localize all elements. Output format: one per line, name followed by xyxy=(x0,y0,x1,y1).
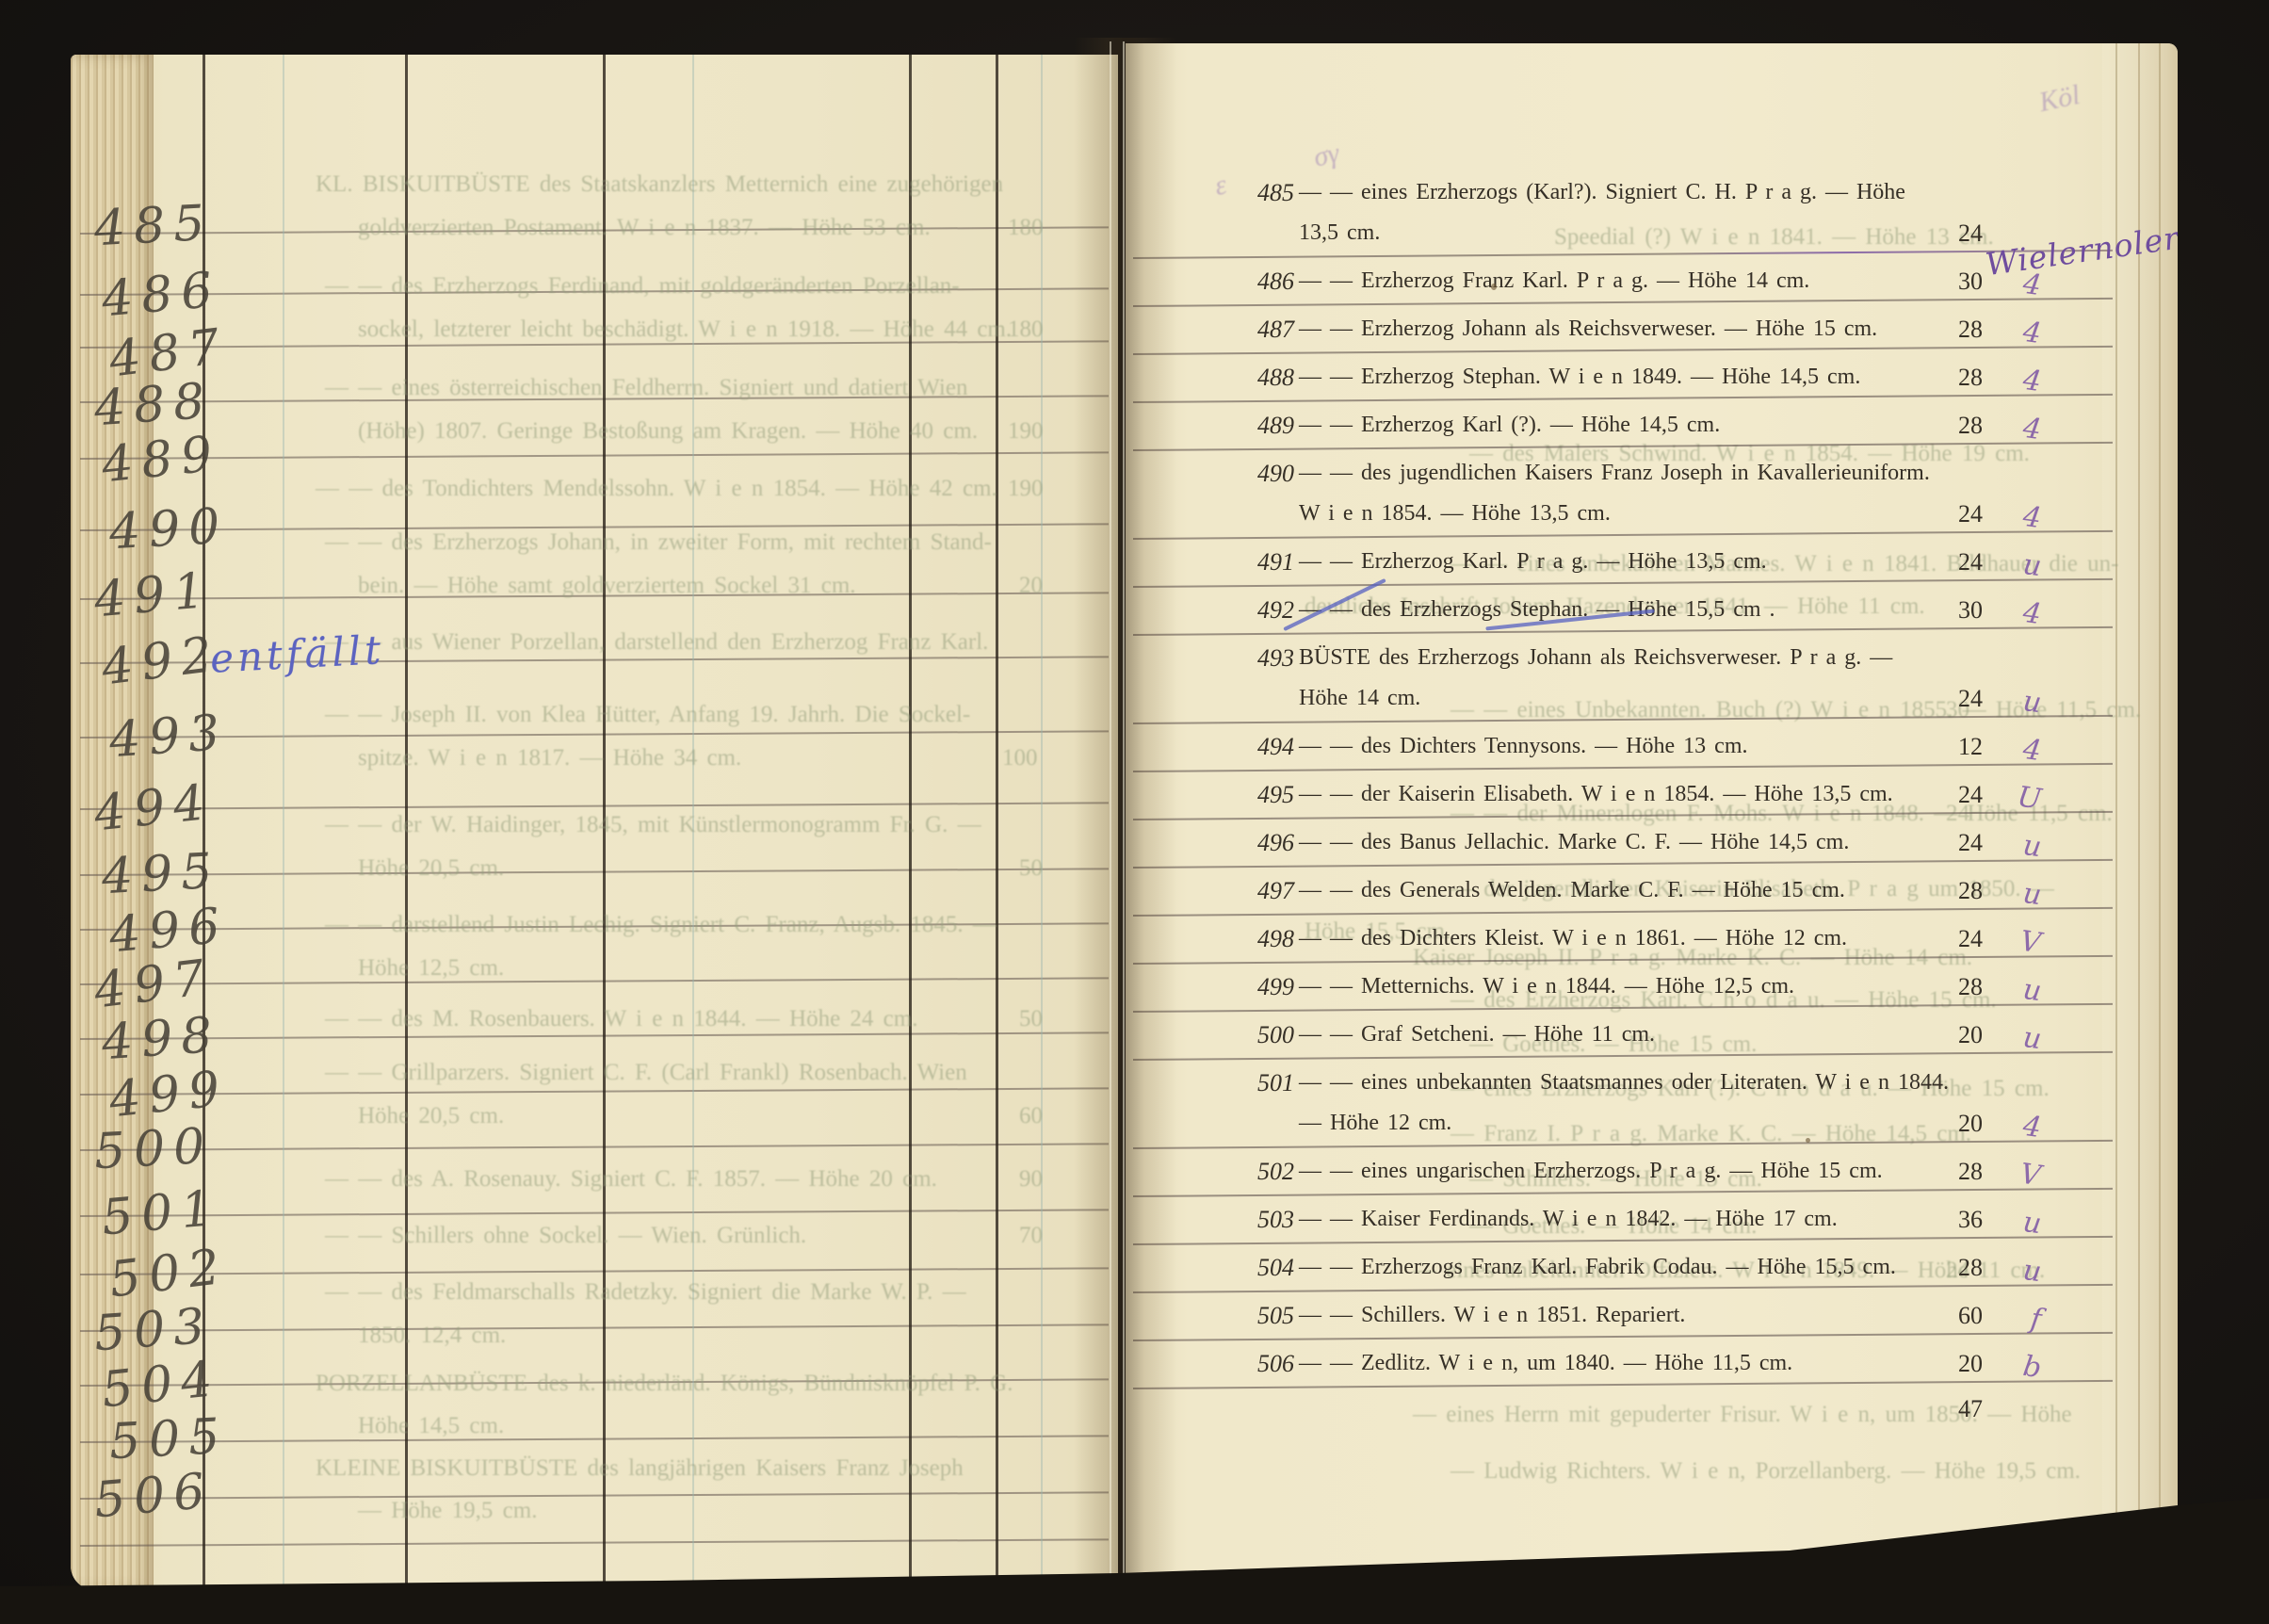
ghost-print-text: 1850. 12,4 cm. xyxy=(358,1323,506,1349)
entry-price: 30 xyxy=(1930,261,1983,301)
entry-text-line: — — eines ungarischen Erzherzogs. P r a … xyxy=(1299,1151,1930,1192)
handwritten-number: 495 xyxy=(101,843,222,906)
entry-text: — — eines unbekannten Staatsmannes oder … xyxy=(1299,1063,1930,1144)
fore-edge-line xyxy=(2159,43,2161,1573)
entry-text: — — Erzherzog Karl (?). — Höhe 14,5 cm. xyxy=(1299,405,1930,446)
handwritten-number: 491 xyxy=(92,562,216,629)
ghost-print-text: 190 xyxy=(1008,418,1044,445)
ghost-print-text: — — Grillparzers. Signiert C. F. (Carl F… xyxy=(325,1060,967,1086)
ghost-print-text: 100 xyxy=(1002,745,1038,771)
entry-text-line: — — des Dichters Tennysons. — Höhe 13 cm… xyxy=(1299,726,1930,767)
ghost-ink-mark: ε xyxy=(1212,169,1230,203)
entry-price: 36 xyxy=(1930,1199,1983,1240)
entry-text-line: — Höhe 12 cm. xyxy=(1299,1103,1930,1144)
entry-text: — — Zedlitz. W i e n, um 1840. — Höhe 11… xyxy=(1299,1343,1930,1384)
entry-number: 488 xyxy=(1257,357,1299,398)
ruled-line xyxy=(80,1087,1109,1096)
entry-price: 24 xyxy=(1930,822,1983,863)
entry-price: 60 xyxy=(1930,1295,1983,1336)
catalog-entry: 492— — des Erzherzogs Stephan. — Höhe 15… xyxy=(1257,590,1983,630)
entry-number: 506 xyxy=(1257,1343,1299,1384)
ruled-line xyxy=(80,730,1109,739)
catalog-entry: 502— — eines ungarischen Erzherzogs. P r… xyxy=(1257,1151,1983,1192)
entry-text: — — Erzherzog Franz Karl. P r a g. — Höh… xyxy=(1299,261,1930,301)
ghost-ink-mark: Köl xyxy=(2036,79,2083,119)
entry-text: — — Kaiser Ferdinands. W i e n 1842. — H… xyxy=(1299,1199,1930,1240)
entry-number: 494 xyxy=(1257,726,1299,767)
entry-text-line: — — Erzherzog Johann als Reichsverweser.… xyxy=(1299,309,1930,349)
ghost-print-text: — — aus Wiener Porzellan, darstellend de… xyxy=(325,629,988,656)
entry-text: — — Erzherzog Stephan. W i e n 1849. — H… xyxy=(1299,357,1930,398)
catalog-entry: 503— — Kaiser Ferdinands. W i e n 1842. … xyxy=(1257,1199,1983,1240)
ghost-print-text: 180 xyxy=(1008,317,1044,343)
entry-price: 28 xyxy=(1930,1247,1983,1288)
catalog-entry: 493BÜSTE des Erzherzogs Johann als Reich… xyxy=(1257,638,1983,719)
ghost-print-text: 190 xyxy=(1008,476,1044,502)
entry-price: 24 xyxy=(1930,774,1983,815)
paper-speck xyxy=(1491,284,1497,290)
catalog-entries: 485— — eines Erzherzogs (Karl?). Signier… xyxy=(1257,172,1983,1391)
catalog-entry: 505— — Schillers. W i e n 1851. Reparier… xyxy=(1257,1295,1983,1336)
ghost-print-text: (Höhe) 1807. Geringe Bestoßung am Kragen… xyxy=(358,418,978,445)
ruled-line xyxy=(80,1324,1109,1332)
catalog-entry: 499— — Metternichs. W i e n 1844. — Höhe… xyxy=(1257,966,1983,1007)
catalog-entry: 495— — der Kaiserin Elisabeth. W i e n 1… xyxy=(1257,774,1983,815)
catalog-entry: 486— — Erzherzog Franz Karl. P r a g. — … xyxy=(1257,261,1983,301)
ghost-print-text: — — des Erzherzogs Ferdinand, mit goldge… xyxy=(325,273,960,300)
fore-edge-line xyxy=(2115,43,2117,1573)
ghost-print-text: Höhe 20,5 cm. xyxy=(358,1103,504,1129)
catalog-entry: 506— — Zedlitz. W i e n, um 1840. — Höhe… xyxy=(1257,1343,1983,1384)
entry-price: 24 xyxy=(1930,494,1983,534)
ghost-print-text: — — eines österreichischen Feldherrn. Si… xyxy=(325,375,967,401)
ghost-print-text: 20 xyxy=(1019,573,1043,599)
ruled-line xyxy=(80,802,1109,810)
ghost-print-text: 70 xyxy=(1019,1223,1043,1249)
entry-number: 497 xyxy=(1257,870,1299,911)
right-page: 485— — eines Erzherzogs (Karl?). Signier… xyxy=(1126,43,2178,1573)
entry-price: 28 xyxy=(1930,1151,1983,1192)
entry-text: — — des Dichters Kleist. W i e n 1861. —… xyxy=(1299,918,1930,959)
leaf-edge-line xyxy=(1110,41,1111,1577)
entry-number: 495 xyxy=(1257,774,1299,815)
ghost-print-text: 60 xyxy=(1019,1103,1043,1129)
ruled-line xyxy=(80,1491,1109,1500)
entry-number: 502 xyxy=(1257,1151,1299,1192)
ghost-print-text: KLEINE BISKUITBÜSTE des langjährigen Kai… xyxy=(316,1455,964,1482)
scanned-ledger-spread: entfällt KL. BISKUITBÜSTE des Staatskanz… xyxy=(0,0,2269,1624)
entry-price: 12 xyxy=(1930,726,1983,767)
entry-number: 487 xyxy=(1257,309,1299,349)
entry-text-line: — — eines unbekannten Staatsmannes oder … xyxy=(1299,1063,1930,1103)
ghost-print-text: 50 xyxy=(1019,855,1043,882)
entry-text-line: — — des Banus Jellachic. Marke C. F. — H… xyxy=(1299,822,1930,863)
entry-text: — — Erzherzog Johann als Reichsverweser.… xyxy=(1299,309,1930,349)
catalog-entry: 494— — des Dichters Tennysons. — Höhe 13… xyxy=(1257,726,1983,767)
ghost-print-text: bein. — Höhe samt goldverziertem Sockel … xyxy=(358,573,856,599)
entry-text-line: — — des Generals Welden. Marke C. F. — H… xyxy=(1299,870,1930,911)
catalog-entry: 491— — Erzherzog Karl. P r a g. — Höhe 1… xyxy=(1257,542,1983,582)
entry-text-line: — — der Kaiserin Elisabeth. W i e n 1854… xyxy=(1299,774,1930,815)
entry-number: 496 xyxy=(1257,822,1299,863)
entry-text: — — Schillers. W i e n 1851. Repariert. xyxy=(1299,1295,1930,1336)
entry-price: 28 xyxy=(1930,309,1983,349)
ghost-print-text: 50 xyxy=(1019,1006,1043,1032)
catalog-entry: 496— — des Banus Jellachic. Marke C. F. … xyxy=(1257,822,1983,863)
ruled-line xyxy=(80,868,1109,876)
ghost-print-text: KL. BISKUITBÜSTE des Staatskanzlers Mett… xyxy=(316,171,1003,198)
entry-text-line: — — Kaiser Ferdinands. W i e n 1842. — H… xyxy=(1299,1199,1930,1240)
entry-text-line: — — des Erzherzogs Stephan. — Höhe 15,5 … xyxy=(1299,590,1930,630)
entry-number: 485 xyxy=(1257,172,1299,253)
handwritten-number: 505 xyxy=(108,1408,230,1471)
handwritten-number: 486 xyxy=(100,262,223,329)
ghost-print-text: — — Schillers ohne Sockel. — Wien. Grünl… xyxy=(325,1223,806,1249)
handwritten-annotation-entfaellt: entfällt xyxy=(209,626,385,682)
handwritten-number: 500 xyxy=(93,1118,215,1181)
column-rule xyxy=(283,55,284,1590)
catalog-entry: 488— — Erzherzog Stephan. W i e n 1849. … xyxy=(1257,357,1983,398)
ghost-print-text: — — darstellend Justin Lechig. Signiert … xyxy=(325,912,997,938)
entry-number: 500 xyxy=(1257,1015,1299,1055)
leaf-edge-line xyxy=(1123,41,1125,1577)
entry-text-line: — — Metternichs. W i e n 1844. — Höhe 12… xyxy=(1299,966,1930,1007)
paper-speck xyxy=(1806,1138,1810,1143)
entry-text: — — des jugendlichen Kaisers Franz Josep… xyxy=(1299,453,1930,534)
check-mark: f xyxy=(2029,1302,2044,1336)
catalog-entry: 498— — des Dichters Kleist. W i e n 1861… xyxy=(1257,918,1983,959)
entry-price: 20 xyxy=(1930,1103,1983,1144)
entry-number: 490 xyxy=(1257,453,1299,534)
entry-price: 24 xyxy=(1930,678,1983,719)
entry-number: 505 xyxy=(1257,1295,1299,1336)
ruled-line xyxy=(80,451,1109,460)
ruled-line xyxy=(80,1435,1109,1443)
entry-price: 28 xyxy=(1930,966,1983,1007)
handwritten-number: 493 xyxy=(107,705,230,770)
handwritten-number: 494 xyxy=(91,774,216,843)
entry-text: — — des Banus Jellachic. Marke C. F. — H… xyxy=(1299,822,1930,863)
entry-text-line: 13,5 cm. xyxy=(1299,213,1930,253)
entry-text: BÜSTE des Erzherzogs Johann als Reichsve… xyxy=(1299,638,1930,719)
check-mark: U xyxy=(2015,780,2043,816)
entry-number: 486 xyxy=(1257,261,1299,301)
entry-text-line: W i e n 1854. — Höhe 13,5 cm. xyxy=(1299,494,1930,534)
entry-text-line: — — Zedlitz. W i e n, um 1840. — Höhe 11… xyxy=(1299,1343,1930,1384)
column-rule xyxy=(996,55,998,1590)
entry-text-line: BÜSTE des Erzherzogs Johann als Reichsve… xyxy=(1299,638,1930,678)
entry-text-line: — — des Dichters Kleist. W i e n 1861. —… xyxy=(1299,918,1930,959)
entry-number: 491 xyxy=(1257,542,1299,582)
ghost-print-text: — — des Tondichters Mendelssohn. W i e n… xyxy=(316,476,997,502)
handwritten-number: 506 xyxy=(92,1463,216,1530)
column-rule xyxy=(1041,55,1043,1590)
entry-text-line: — — Erzherzog Karl (?). — Höhe 14,5 cm. xyxy=(1299,405,1930,446)
entry-price: 28 xyxy=(1930,870,1983,911)
entry-price: 24 xyxy=(1930,918,1983,959)
entry-text-line: — — Erzherzog Karl. P r a g. — Höhe 13,5… xyxy=(1299,542,1930,582)
ruled-line xyxy=(80,1538,1109,1547)
fore-edge-line xyxy=(2138,43,2140,1573)
entry-text: — — Erzherzogs Franz Karl. Fabrik Codau.… xyxy=(1299,1247,1930,1288)
catalog-entry: 500— — Graf Setcheni. — Höhe 11 cm.20u xyxy=(1257,1015,1983,1055)
ghost-print-text: 180 xyxy=(1008,215,1044,241)
handwritten-number: 499 xyxy=(106,1061,231,1129)
entry-text-line: — — eines Erzherzogs (Karl?). Signiert C… xyxy=(1299,172,1930,213)
entry-number: 498 xyxy=(1257,918,1299,959)
ghost-print-text: Höhe 20,5 cm. xyxy=(358,855,504,882)
ruled-line xyxy=(80,1267,1109,1275)
ghost-print-text: spitze. W i e n 1817. — Höhe 34 cm. xyxy=(358,745,741,771)
catalog-entry: 490— — des jugendlichen Kaisers Franz Jo… xyxy=(1257,453,1983,534)
entry-number: 503 xyxy=(1257,1199,1299,1240)
ghost-print-text: sockel, letzterer leicht beschädigt. W i… xyxy=(358,317,1012,343)
ruled-line xyxy=(80,977,1109,985)
handwritten-number: 485 xyxy=(93,195,215,258)
entry-text: — — Erzherzog Karl. P r a g. — Höhe 13,5… xyxy=(1299,542,1930,582)
entry-text-line: — — Graf Setcheni. — Höhe 11 cm. xyxy=(1299,1015,1930,1055)
entry-text: — — Metternichs. W i e n 1844. — Höhe 12… xyxy=(1299,966,1930,1007)
ruled-line xyxy=(80,1031,1109,1040)
entry-price: 28 xyxy=(1930,405,1983,446)
entry-price: 20 xyxy=(1930,1015,1983,1055)
ghost-print-text: — — des A. Rosenauy. Signiert C. F. 1857… xyxy=(325,1166,937,1193)
entry-text-line: — — Erzherzogs Franz Karl. Fabrik Codau.… xyxy=(1299,1247,1930,1288)
entry-text-line: — — Erzherzog Stephan. W i e n 1849. — H… xyxy=(1299,357,1930,398)
entry-text: — — eines ungarischen Erzherzogs. P r a … xyxy=(1299,1151,1930,1192)
entry-text: — — des Erzherzogs Stephan. — Höhe 15,5 … xyxy=(1299,590,1930,630)
entry-number: 489 xyxy=(1257,405,1299,446)
ghost-print-text: PORZELLANBÜSTE des k. niederländ. Königs… xyxy=(316,1371,1013,1397)
ghost-print-text: — — Joseph II. von Klea Hütter, Anfang 1… xyxy=(325,702,970,728)
catalog-entry: 485— — eines Erzherzogs (Karl?). Signier… xyxy=(1257,172,1983,253)
ghost-print-text: — — des Feldmarschalls Radetzky. Signier… xyxy=(325,1279,966,1306)
entry-text: — — Graf Setcheni. — Höhe 11 cm. xyxy=(1299,1015,1930,1055)
ghost-ink-mark: σγ xyxy=(1311,138,1342,174)
entry-text: — — der Kaiserin Elisabeth. W i e n 1854… xyxy=(1299,774,1930,815)
catalog-entry: 504— — Erzherzogs Franz Karl. Fabrik Cod… xyxy=(1257,1247,1983,1288)
ghost-print-text: — — des M. Rosenbauers. W i e n 1844. — … xyxy=(325,1006,917,1032)
entry-number: 493 xyxy=(1257,638,1299,719)
entry-text-line: — — Schillers. W i e n 1851. Repariert. xyxy=(1299,1295,1930,1336)
ghost-print-text: Höhe 14,5 cm. xyxy=(358,1413,504,1439)
entry-number: 504 xyxy=(1257,1247,1299,1288)
entry-number: 501 xyxy=(1257,1063,1299,1144)
ruled-line xyxy=(80,1209,1109,1217)
ghost-print-text: — — der W. Haidinger, 1845, mit Künstler… xyxy=(325,812,981,838)
catalog-entry: 489— — Erzherzog Karl (?). — Höhe 14,5 c… xyxy=(1257,405,1983,446)
catalog-entry: 497— — des Generals Welden. Marke C. F. … xyxy=(1257,870,1983,911)
entry-text: — — des Generals Welden. Marke C. F. — H… xyxy=(1299,870,1930,911)
entry-text: — — des Dichters Tennysons. — Höhe 13 cm… xyxy=(1299,726,1930,767)
entry-price: 24 xyxy=(1930,542,1983,582)
fore-edge xyxy=(2102,43,2178,1573)
entry-text-line: — — des jugendlichen Kaisers Franz Josep… xyxy=(1299,453,1930,494)
ghost-print-text: — Ludwig Richters. W i e n, Porzellanber… xyxy=(1451,1458,2081,1485)
ghost-print-text: goldverzierten Postament. W i e n 1837. … xyxy=(358,215,931,241)
ruled-line xyxy=(80,1143,1109,1151)
entry-text: — — eines Erzherzogs (Karl?). Signiert C… xyxy=(1299,172,1930,253)
handwritten-number: 490 xyxy=(108,498,230,561)
handwritten-number: 501 xyxy=(100,1180,223,1247)
entry-price: 24 xyxy=(1930,213,1983,253)
catalog-entry: 501— — eines unbekannten Staatsmannes od… xyxy=(1257,1063,1983,1144)
entry-price: 20 xyxy=(1930,1343,1983,1384)
left-page: entfällt KL. BISKUITBÜSTE des Staatskanz… xyxy=(71,55,1118,1590)
catalog-entry: 487— — Erzherzog Johann als Reichsverwes… xyxy=(1257,309,1983,349)
ghost-print-text: — — des Erzherzogs Johann, in zweiter Fo… xyxy=(325,529,992,556)
entry-text-line: — — Erzherzog Franz Karl. P r a g. — Höh… xyxy=(1299,261,1930,301)
entry-price: 30 xyxy=(1930,590,1983,630)
entry-number: 499 xyxy=(1257,966,1299,1007)
page-number: 47 xyxy=(1257,1395,1983,1423)
ghost-print-text: Höhe 12,5 cm. xyxy=(358,955,504,982)
entry-text-line: Höhe 14 cm. xyxy=(1299,678,1930,719)
entry-price: 28 xyxy=(1930,357,1983,398)
ghost-print-text: 90 xyxy=(1019,1166,1043,1193)
ghost-print-text: — Höhe 19,5 cm. xyxy=(358,1498,537,1524)
